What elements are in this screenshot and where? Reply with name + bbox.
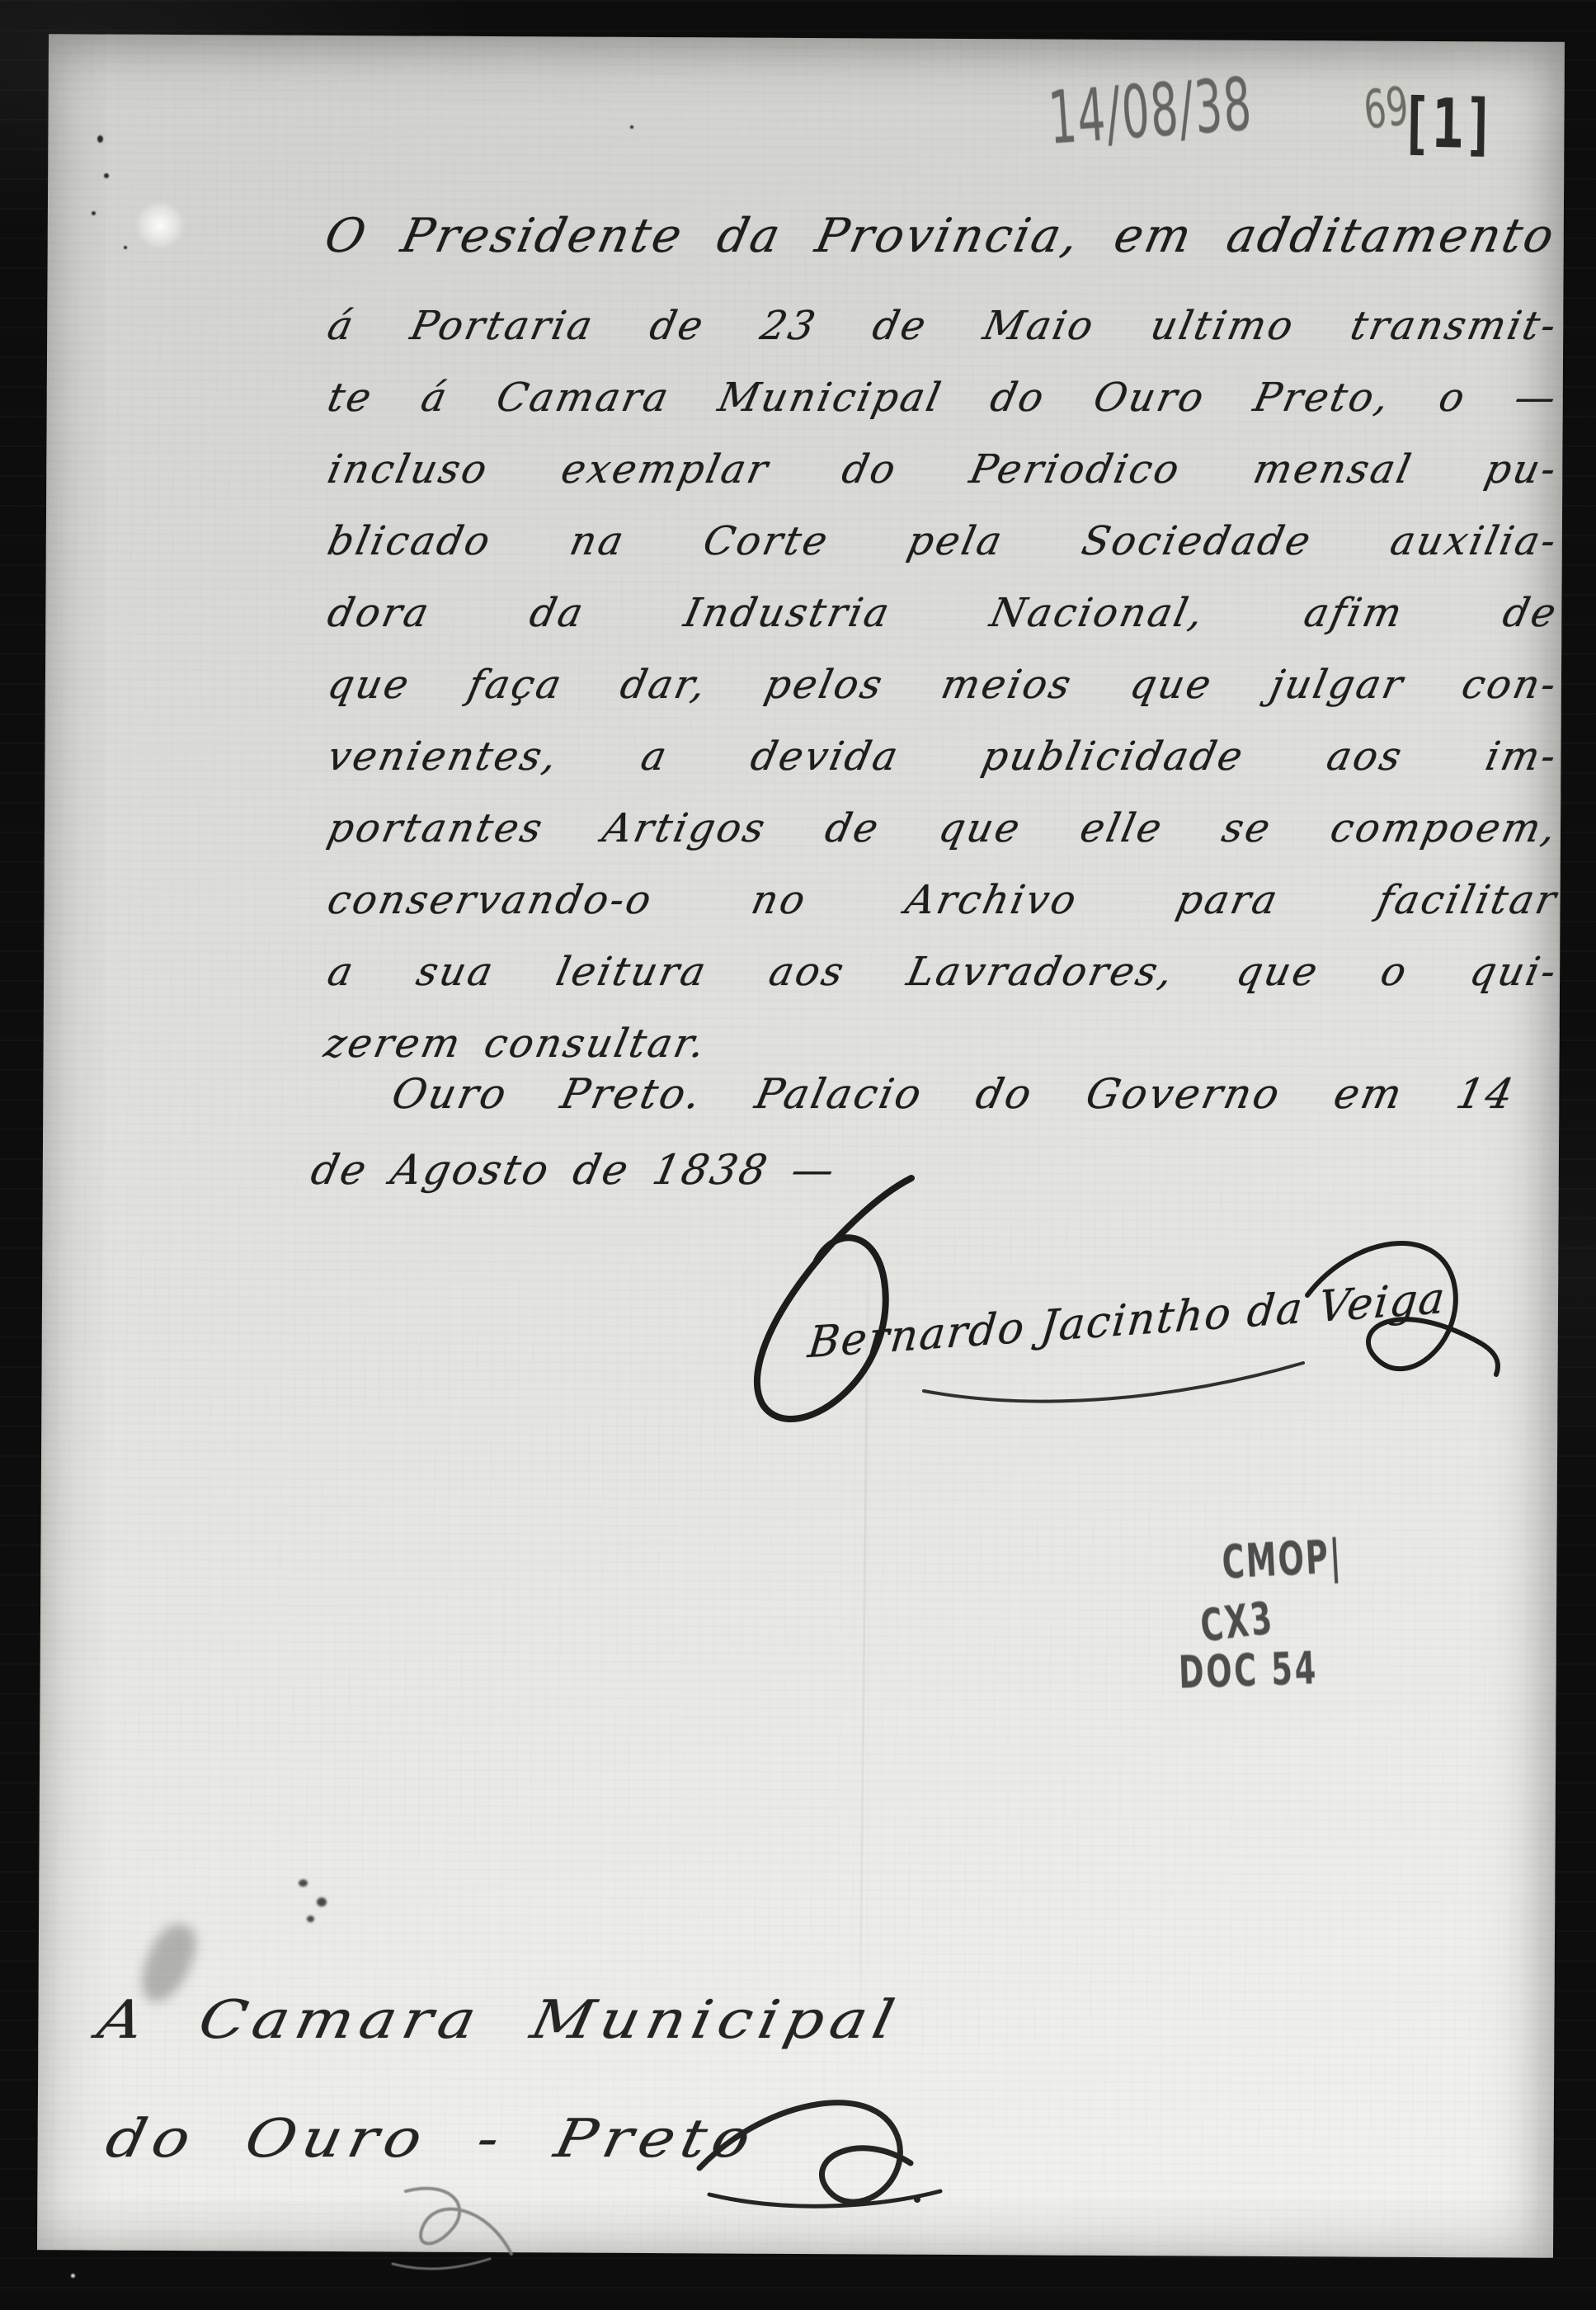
white-speck	[71, 2274, 75, 2278]
pencil-date-annotation: 14/08/38	[1046, 62, 1255, 161]
manuscript-line: conservando-o no Archivo para facilitar	[323, 877, 1562, 925]
ink-speck	[630, 125, 633, 129]
ink-speck	[299, 1879, 308, 1887]
ink-speck	[307, 1916, 314, 1922]
archive-stamp-line-1: CMOP|	[1221, 1530, 1344, 1590]
embossed-seal-mark	[136, 203, 184, 247]
ink-speck	[124, 246, 127, 249]
dateline-place: Ouro Preto. Palacio do Governo em 14	[388, 1069, 1520, 1119]
manuscript-line: O Presidente da Provincia, em additament…	[320, 208, 1561, 264]
manuscript-line: zerem consultar.	[320, 1021, 711, 1068]
manuscript-line: blicado na Corte pela Sociedade auxilia-	[323, 518, 1562, 566]
ink-speck	[104, 173, 109, 178]
manuscript-line: dora da Industria Nacional, afim de	[323, 590, 1562, 638]
ink-speck	[317, 1897, 327, 1907]
signature-block: Bernardo Jacintho da Veiga	[652, 1171, 1526, 1444]
addressee-line-2: do Ouro - Preto	[101, 2109, 762, 2170]
manuscript-line: incluso exemplar do Periodico mensal pu-	[323, 446, 1562, 494]
manuscript-line: te á Camara Municipal do Ouro Preto, o —	[323, 375, 1562, 422]
folio-stamp: [1]	[1400, 84, 1496, 165]
manuscript-line: venientes, a devida publicidade aos im-	[323, 733, 1562, 781]
manuscript-line: que faça dar, pelos meios que julgar con…	[323, 662, 1562, 709]
scan-background: 14/08/38 69 [1] O Presidente da Provinci…	[0, 0, 1596, 2310]
manuscript-line: a sua leitura aos Lavradores, que o qui-	[323, 949, 1562, 997]
ink-speck	[97, 135, 103, 143]
manuscript-line: á Portaria de 23 de Maio ultimo transmit…	[323, 303, 1562, 351]
addressee-line-1: A Camara Municipal	[92, 1990, 906, 2051]
address-flourish	[693, 2069, 957, 2226]
manuscript-line: portantes Artigos de que elle se compoem…	[323, 805, 1562, 853]
archive-stamp-line-3: DOC 54	[1178, 1642, 1319, 1699]
ink-speck	[92, 211, 96, 215]
pencil-scribble	[373, 2178, 546, 2277]
